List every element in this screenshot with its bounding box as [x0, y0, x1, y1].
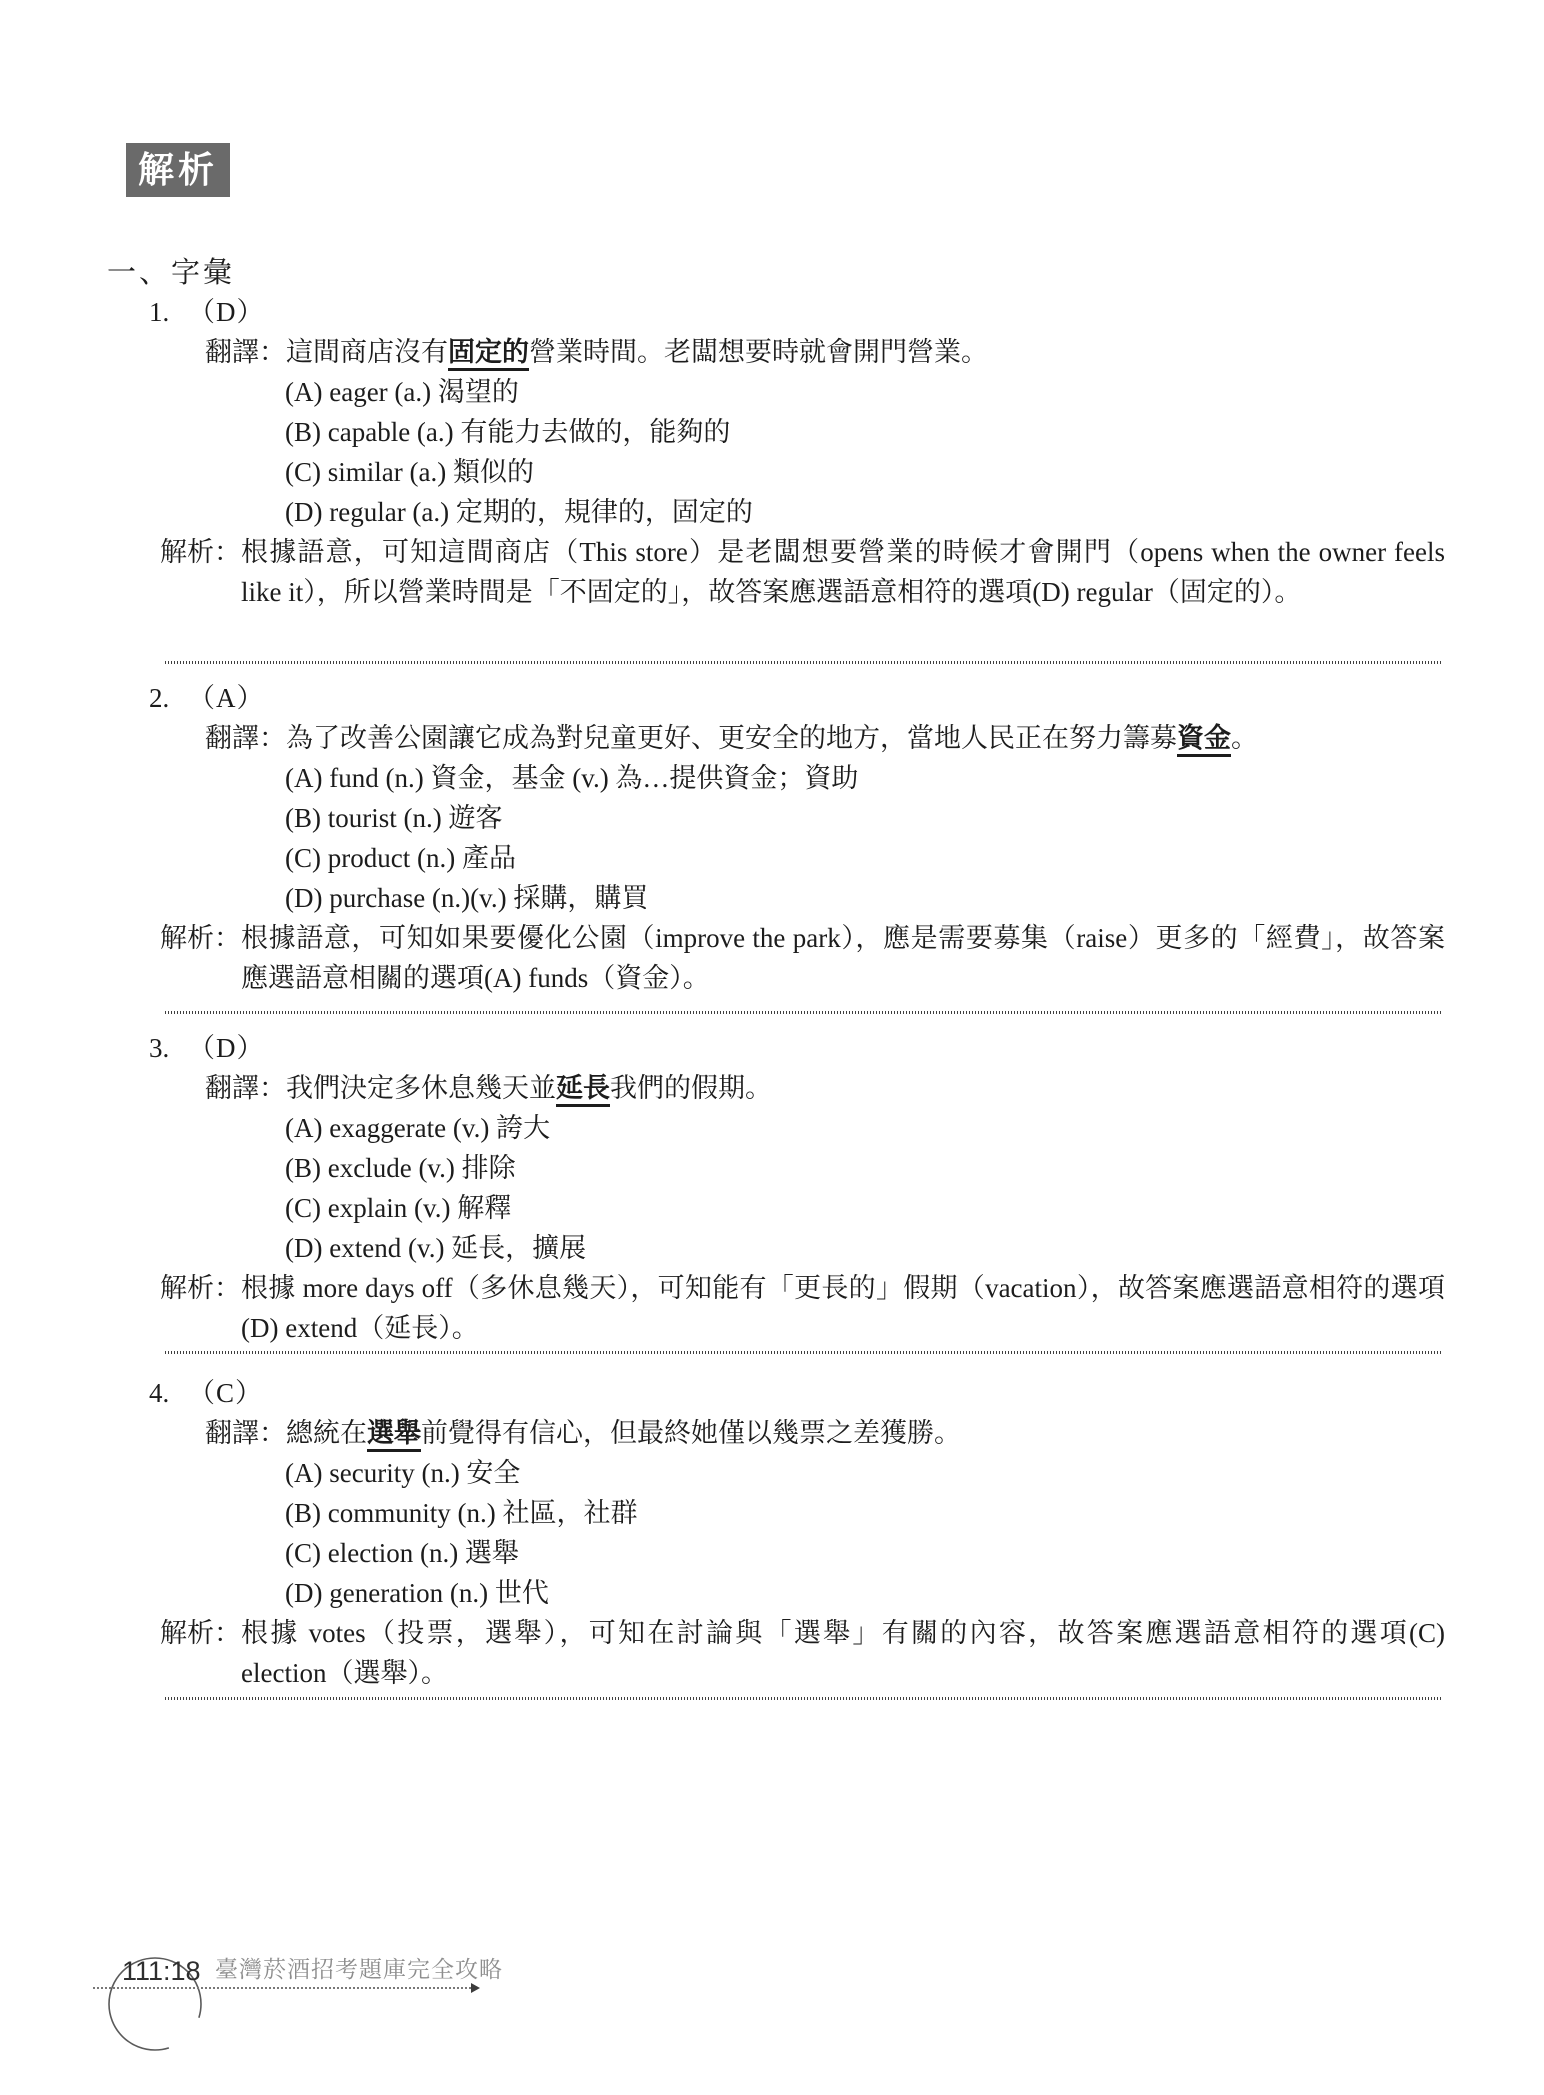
question-number: 3. [149, 1033, 169, 1063]
analysis-row: 解析： 根據語意，可知如果要優化公園（improve the park），應是需… [0, 918, 1544, 998]
answer-key-page: 解析 一、字彙 1. （D） 翻譯： 這間商店沒有固定的營業時間。老闆想要時就會… [0, 0, 1544, 2095]
translation-text: 總統在選舉前覺得有信心，但最終她僅以幾票之差獲勝。 [286, 1413, 1444, 1453]
analysis-badge: 解析 [126, 143, 230, 197]
translation-keyword: 延長 [556, 1073, 610, 1107]
translation-pre: 我們決定多休息幾天並 [286, 1073, 556, 1103]
question-header: 4. （C） [0, 1373, 1544, 1413]
option-line-b: (B) community (n.) 社區，社群 [0, 1493, 1544, 1533]
option-line-d: (D) generation (n.) 世代 [0, 1573, 1544, 1613]
option-line-a: (A) security (n.) 安全 [0, 1453, 1544, 1493]
option-line-c: (C) similar (a.) 類似的 [0, 452, 1544, 492]
translation-post: 我們的假期。 [610, 1073, 772, 1103]
question-divider [165, 1351, 1443, 1354]
translation-post: 營業時間。老闆想要時就會開門營業。 [529, 337, 988, 367]
translation-text: 為了改善公園讓它成為對兒童更好、更安全的地方，當地人民正在努力籌募資金。 [286, 718, 1444, 758]
section-title: 一、字彙 [107, 250, 235, 291]
option-line-c: (C) explain (v.) 解釋 [0, 1188, 1544, 1228]
answer-letter: （D） [188, 1033, 265, 1063]
translation-row: 翻譯： 為了改善公園讓它成為對兒童更好、更安全的地方，當地人民正在努力籌募資金。 [0, 718, 1544, 758]
option-line-c: (C) product (n.) 產品 [0, 838, 1544, 878]
option-line-b: (B) capable (a.) 有能力去做的，能夠的 [0, 412, 1544, 452]
question-block-3: 3. （D） 翻譯： 我們決定多休息幾天並延長我們的假期。 (A) exagge… [0, 1028, 1544, 1348]
footer-arrow-icon [471, 1983, 480, 1993]
option-line-c: (C) election (n.) 選舉 [0, 1533, 1544, 1573]
translation-pre: 總統在 [286, 1418, 367, 1448]
option-line-d: (D) purchase (n.)(v.) 採購，購買 [0, 878, 1544, 918]
translation-post: 。 [1231, 723, 1258, 753]
analysis-row: 解析： 根據 votes（投票，選舉），可知在討論與「選舉」有關的內容，故答案應… [0, 1613, 1544, 1693]
translation-label: 翻譯： [205, 718, 286, 758]
analysis-text: 根據 votes（投票，選舉），可知在討論與「選舉」有關的內容，故答案應選語意相… [241, 1613, 1445, 1693]
analysis-text: 根據語意，可知這間商店（This store）是老闆想要營業的時候才會開門（op… [241, 532, 1445, 612]
option-line-b: (B) tourist (n.) 遊客 [0, 798, 1544, 838]
answer-letter: （D） [188, 297, 265, 327]
footer-dotted-line [93, 1987, 471, 1989]
option-line-d: (D) regular (a.) 定期的，規律的，固定的 [0, 492, 1544, 532]
question-header: 3. （D） [0, 1028, 1544, 1068]
analysis-label: 解析： [160, 918, 241, 958]
analysis-row: 解析： 根據 more days off（多休息幾天），可知能有「更長的」假期（… [0, 1268, 1544, 1348]
translation-keyword: 資金 [1177, 723, 1231, 757]
question-block-4: 4. （C） 翻譯： 總統在選舉前覺得有信心，但最終她僅以幾票之差獲勝。 (A)… [0, 1373, 1544, 1693]
analysis-row: 解析： 根據語意，可知這間商店（This store）是老闆想要營業的時候才會開… [0, 532, 1544, 612]
translation-pre: 這間商店沒有 [286, 337, 448, 367]
page-number: 111:18 [122, 1958, 201, 1985]
translation-row: 翻譯： 總統在選舉前覺得有信心，但最終她僅以幾票之差獲勝。 [0, 1413, 1544, 1453]
question-header: 2. （A） [0, 678, 1544, 718]
analysis-label: 解析： [160, 532, 241, 572]
question-number: 1. [149, 297, 169, 327]
question-divider [165, 1011, 1443, 1014]
translation-text: 我們決定多休息幾天並延長我們的假期。 [286, 1068, 1444, 1108]
translation-label: 翻譯： [205, 1068, 286, 1108]
analysis-text: 根據語意，可知如果要優化公園（improve the park），應是需要募集（… [241, 918, 1445, 998]
option-line-a: (A) fund (n.) 資金，基金 (v.) 為…提供資金；資助 [0, 758, 1544, 798]
answer-letter: （A） [188, 683, 265, 713]
question-number: 2. [149, 683, 169, 713]
analysis-label: 解析： [160, 1268, 241, 1308]
option-line-b: (B) exclude (v.) 排除 [0, 1148, 1544, 1188]
translation-label: 翻譯： [205, 332, 286, 372]
option-line-d: (D) extend (v.) 延長，擴展 [0, 1228, 1544, 1268]
translation-pre: 為了改善公園讓它成為對兒童更好、更安全的地方，當地人民正在努力籌募 [286, 723, 1177, 753]
question-header: 1. （D） [0, 292, 1544, 332]
answer-letter: （C） [188, 1378, 263, 1408]
translation-post: 前覺得有信心，但最終她僅以幾票之差獲勝。 [421, 1418, 961, 1448]
question-number: 4. [149, 1378, 169, 1408]
analysis-text: 根據 more days off（多休息幾天），可知能有「更長的」假期（vaca… [241, 1268, 1445, 1348]
option-line-a: (A) exaggerate (v.) 誇大 [0, 1108, 1544, 1148]
translation-keyword: 選舉 [367, 1418, 421, 1452]
question-divider [165, 661, 1443, 664]
question-divider [165, 1697, 1443, 1700]
book-title: 臺灣菸酒招考題庫完全攻略 [215, 1956, 503, 1984]
question-block-2: 2. （A） 翻譯： 為了改善公園讓它成為對兒童更好、更安全的地方，當地人民正在… [0, 678, 1544, 998]
question-block-1: 1. （D） 翻譯： 這間商店沒有固定的營業時間。老闆想要時就會開門營業。 (A… [0, 292, 1544, 612]
translation-label: 翻譯： [205, 1413, 286, 1453]
translation-row: 翻譯： 我們決定多休息幾天並延長我們的假期。 [0, 1068, 1544, 1108]
translation-row: 翻譯： 這間商店沒有固定的營業時間。老闆想要時就會開門營業。 [0, 332, 1544, 372]
option-line-a: (A) eager (a.) 渴望的 [0, 372, 1544, 412]
translation-text: 這間商店沒有固定的營業時間。老闆想要時就會開門營業。 [286, 332, 1444, 372]
translation-keyword: 固定的 [448, 337, 529, 371]
analysis-label: 解析： [160, 1613, 241, 1653]
